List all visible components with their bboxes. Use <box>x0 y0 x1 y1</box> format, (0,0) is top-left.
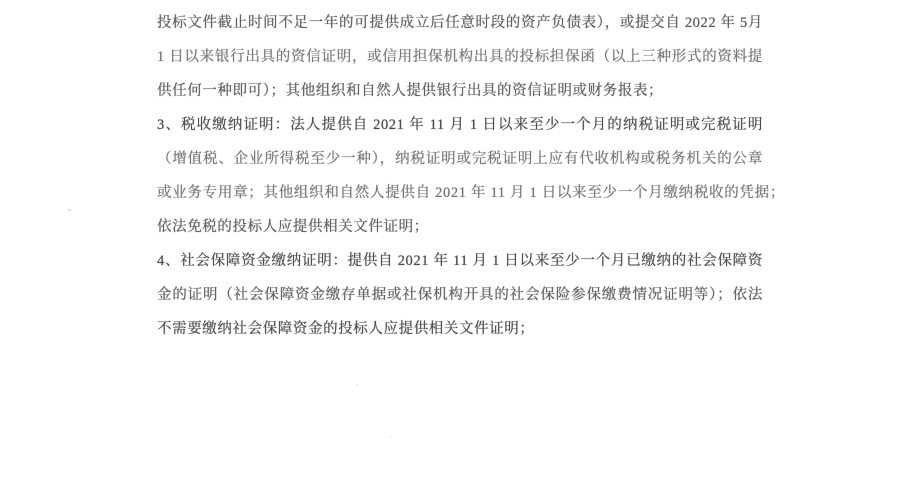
text-line-1: 投标文件截止时间不足一年的可提供成立后任意时段的资产负债表），或提交自 2022… <box>157 6 763 40</box>
text-line-5: （增值税、企业所得税至少一种），纳税证明或完税证明上应有代收机构或税务机关的公章 <box>157 142 763 176</box>
document-page: 投标文件截止时间不足一年的可提供成立后任意时段的资产负债表），或提交自 2022… <box>0 0 906 482</box>
text-line-9: 金的证明（社会保障资金缴存单据或社保机构开具的社会保险参保缴费情况证明等）；依法 <box>157 278 763 312</box>
text-line-6: 或业务专用章；其他组织和自然人提供自 2021 年 11 月 1 日以来至少一个… <box>157 176 785 210</box>
text-line-3: 供任何一种即可）；其他组织和自然人提供银行出具的资信证明或财务报表； <box>157 74 763 108</box>
text-line-10: 不需要缴纳社会保障资金的投标人应提供相关文件证明； <box>157 312 763 346</box>
text-line-4: 3、税收缴纳证明：法人提供自 2021 年 11 月 1 日以来至少一个月的纳税… <box>157 108 763 142</box>
text-line-2: 1 日以来银行出具的资信证明，或信用担保机构出具的投标担保函（以上三种形式的资料… <box>157 40 763 74</box>
scan-speck <box>389 436 391 438</box>
text-line-7: 依法免税的投标人应提供相关文件证明； <box>157 210 763 244</box>
scan-speck <box>356 384 358 386</box>
scan-speck <box>68 209 71 211</box>
document-text-block: 投标文件截止时间不足一年的可提供成立后任意时段的资产负债表），或提交自 2022… <box>157 6 763 346</box>
text-line-8: 4、社会保障资金缴纳证明：提供自 2021 年 11 月 1 日以来至少一个月已… <box>157 244 763 278</box>
